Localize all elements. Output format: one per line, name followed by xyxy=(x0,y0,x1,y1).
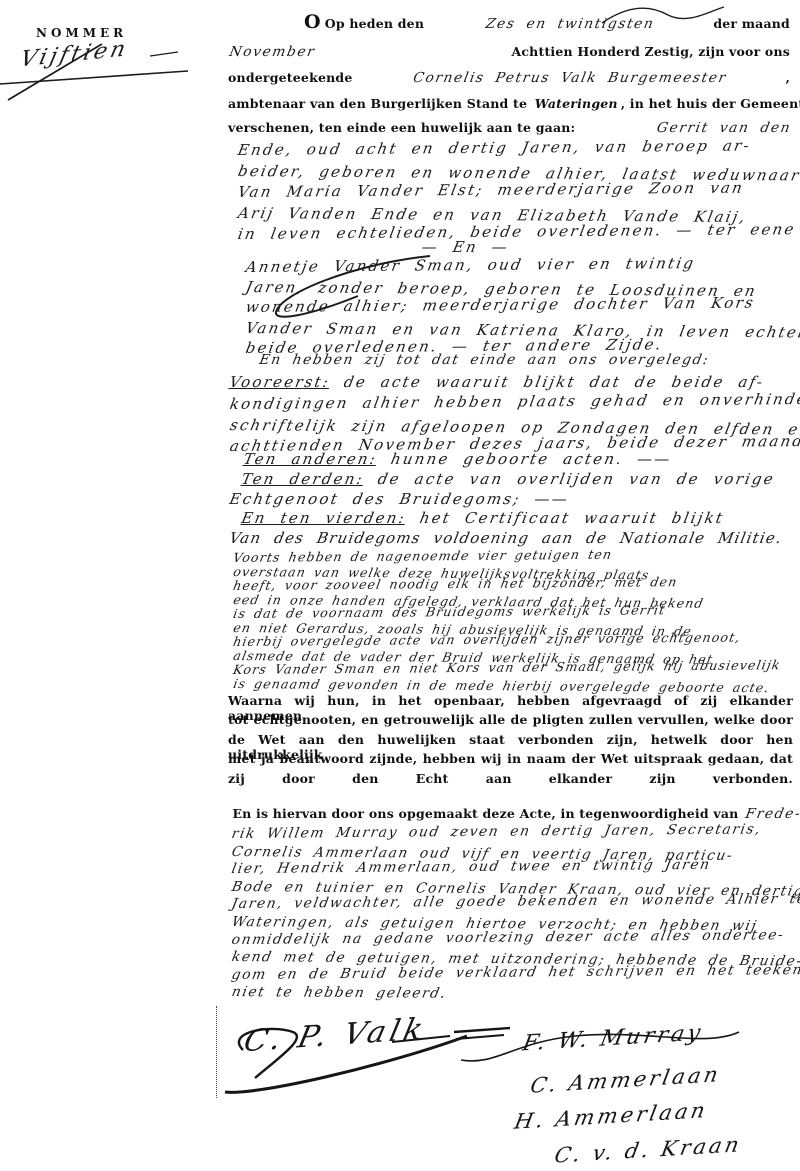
ten-derden-lead: Ten derden: xyxy=(240,470,366,488)
ten-anderen-lead: Ten anderen: xyxy=(242,450,379,468)
intro-line-2: November Achttien Honderd Zestig, zijn v… xyxy=(228,44,790,60)
handwritten-line: Voorts hebben de nagenoemde vier getuige… xyxy=(232,546,782,565)
handwritten-line: Annetje Vander Sman, oud vier en twintig xyxy=(244,252,800,278)
handwritten-line: Van Maria Vander Elst; meerderjarige Zoo… xyxy=(236,177,800,203)
handwritten-month: November xyxy=(228,44,317,60)
ten-vierden-text: het Certificaat waaruit blijkt xyxy=(418,509,726,527)
ten-vierden-line-1: En ten vierden: het Certificaat waaruit … xyxy=(240,509,726,527)
witnesses-paragraph: rik Willem Murray oud zeven en dertig Ja… xyxy=(230,826,800,1002)
marriage-certificate-page: NOMMER Vijftien OOp heden den Op heden d… xyxy=(0,0,800,1171)
printed-line: tot echtgenooten, en getrouwelijk alle d… xyxy=(228,712,793,731)
vooreerst-text: de acte waaruit blijkt dat de beide af- xyxy=(342,373,766,391)
handwritten-line: in leven echtelieden, beide overledenen.… xyxy=(236,219,800,245)
handwritten-line: hierbij overgelegde acte van overlijden … xyxy=(232,630,782,649)
handwritten-groom-lead: Gerrit van den xyxy=(575,120,793,136)
voorts-paragraph: Voorts hebben de nagenoemde vier getuige… xyxy=(232,551,778,691)
printed-gemeente: , in het huis der Gemeente, xyxy=(621,96,800,111)
intro-line-5: verschenen, ten einde een huwelijk aan t… xyxy=(228,120,790,136)
vooreerst-lead: Vooreerst: xyxy=(228,373,332,391)
groom-paragraph: Ende, oud acht en dertig Jaren, van bero… xyxy=(236,140,800,245)
handwritten-line: wonende alhier; meerderjarige dochter Va… xyxy=(244,292,800,318)
ten-anderen-text: hunne geboorte acten. —— xyxy=(389,450,673,468)
handwritten-line: heeft, voor zooveel noodig elk in het bi… xyxy=(232,574,782,593)
printed-op-heden-rest: Op heden den xyxy=(325,16,424,31)
handwritten-line: is dat de voornaam des Bruidegoms werkel… xyxy=(232,602,782,621)
printed-acte-text: En is hiervan door ons opgemaakt deze Ac… xyxy=(232,806,738,821)
handwritten-line: Ende, oud acht en dertig Jaren, van bero… xyxy=(236,135,800,161)
printed-line: zij door den Echt aan elkander zijn verb… xyxy=(228,771,793,790)
printed-line: Waarna wij hun, in het openbaar, hebben … xyxy=(228,693,793,712)
intro-line-1: OOp heden den Op heden den Zes en twinti… xyxy=(228,16,790,32)
signature-witness-3: H. Ammerlaan xyxy=(512,1098,709,1134)
acte-line: En is hiervan door ons opgemaakt deze Ac… xyxy=(228,806,800,822)
intro-line-4: ambtenaar van den Burgerlijken Stand te … xyxy=(228,96,800,111)
ten-vierden-lead: En ten vierden: xyxy=(240,509,408,527)
printed-der-maand: der maand xyxy=(713,16,790,31)
bride-paragraph: Annetje Vander Sman, oud vier en twintig… xyxy=(244,257,800,358)
handwritten-line: rik Willem Murray oud zeven en dertig Ja… xyxy=(230,821,800,844)
handwritten-line: Jaren, veldwachter, alle goede bekenden … xyxy=(230,891,800,914)
strike-marks xyxy=(0,40,230,102)
handwritten-frede: Frede- xyxy=(744,806,800,822)
handwritten-line: niet te hebben geleerd. xyxy=(230,984,800,1006)
printed-line: met ja beantwoord zijnde, hebben wij in … xyxy=(228,751,793,770)
closing-paragraph: Waarna wij hun, in het openbaar, hebben … xyxy=(228,693,793,790)
printed-line: de Wet aan den huwelijken staat verbonde… xyxy=(228,732,793,751)
printed-verschenen: verschenen, ten einde een huwelijk aan t… xyxy=(228,120,575,135)
ten-derden-line-2: Echtgenoot des Bruidegoms; —— xyxy=(228,490,571,508)
handwritten-line: lier, Hendrik Ammerlaan, oud twee en twi… xyxy=(230,856,800,879)
signature-witness-4: C. v. d. Kraan xyxy=(553,1132,744,1167)
vooreerst-rest: kondigingen alhier hebben plaats gehad e… xyxy=(228,394,800,457)
handwritten-date: Zes en twintigsten xyxy=(424,16,716,32)
ten-derden-line-1: Ten derden: de acte van overlijden van d… xyxy=(240,470,777,488)
printed-place-wateringen: Wateringen xyxy=(535,96,618,111)
handwritten-line: kondigingen alhier hebben plaats gehad e… xyxy=(228,388,800,415)
printed-year: Achttien Honderd Zestig, zijn voor ons xyxy=(511,44,790,59)
overgelegd-line: En hebben zij tot dat einde aan ons over… xyxy=(258,352,711,368)
printed-op-heden: OOp heden den xyxy=(304,16,321,31)
vooreerst-line-1: Vooreerst: de acte waaruit blijkt dat de… xyxy=(228,373,766,391)
ten-anderen-line: Ten anderen: hunne geboorte acten. —— xyxy=(242,450,673,468)
printed-ambtenaar: ambtenaar van den Burgerlijken Stand te xyxy=(228,96,527,111)
printed-ondergeteekende: ondergeteekende xyxy=(228,70,352,85)
handwritten-official-name: Cornelis Petrus Valk Burgemeester xyxy=(352,70,788,86)
ten-derden-text: de acte van overlijden van de vorige xyxy=(376,470,777,488)
ten-vierden-line-2: Van des Bruidegoms voldoening aan de Nat… xyxy=(228,529,784,547)
handwritten-line: Kors Vander Sman en niet Kors van der Sm… xyxy=(232,658,782,677)
intro-line-3: ondergeteekende Cornelis Petrus Valk Bur… xyxy=(228,70,790,86)
